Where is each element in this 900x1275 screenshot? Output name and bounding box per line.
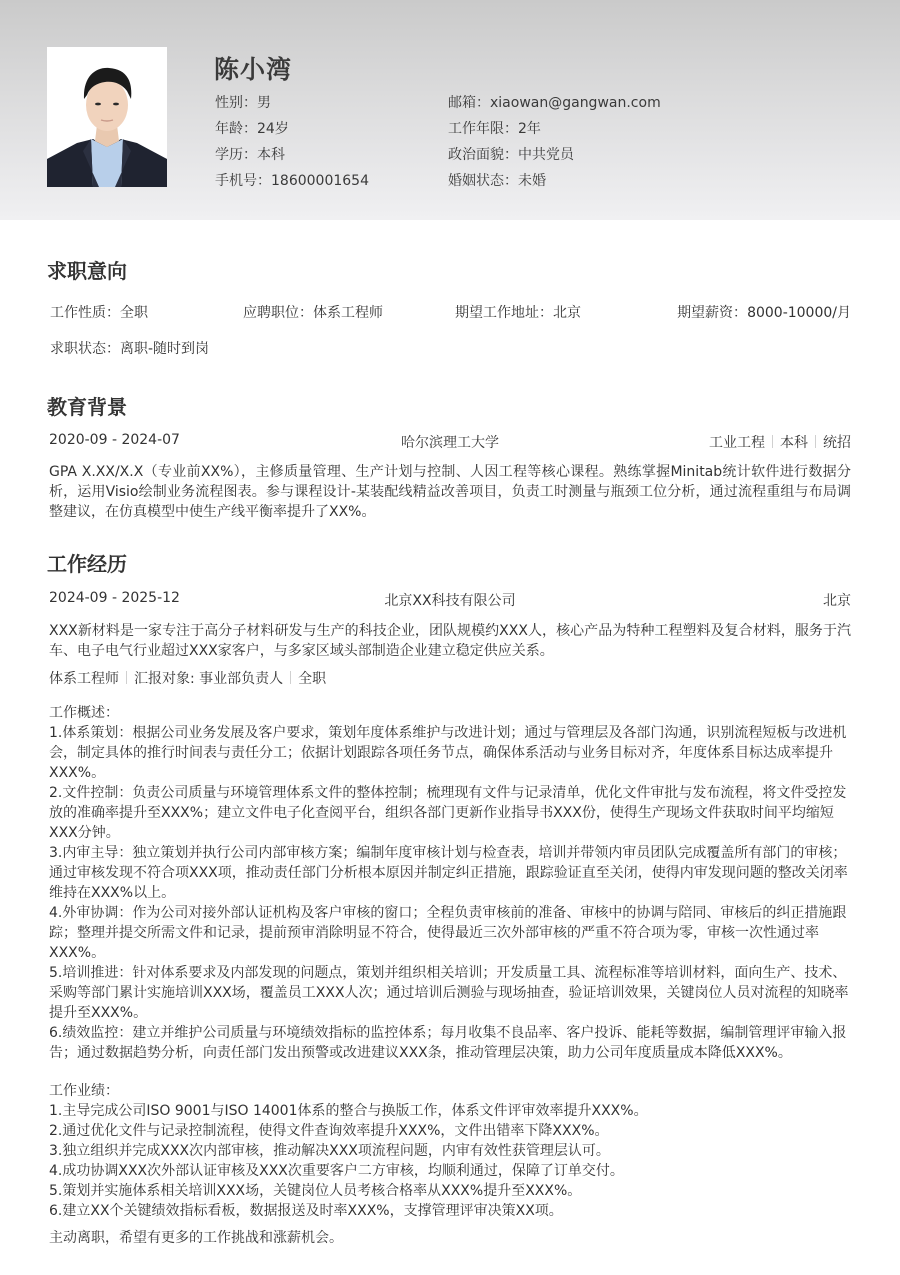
education-degree: 本科: [780, 435, 808, 451]
company-description: XXX新材料是一家专注于高分子材料研发与生产的科技企业，团队规模约XXX人，核心…: [49, 621, 851, 661]
overview-line: 3.内审主导：独立策划并执行公司内部审核方案；编制年度审核计划与检查表，培训并带…: [49, 843, 851, 863]
intent-status: 求职状态：离职-随时到岗: [50, 338, 209, 358]
achievement-item: 6.建立XX个关键绩效指标看板，数据报送及时率XXX%，支撑管理评审决策XX项。: [49, 1201, 851, 1221]
overview-line: 放的准确率提升至XXX%；建立文件电子化查阅平台，组织各部门更新作业指导书XXX…: [49, 803, 851, 823]
info-label: 手机号：: [215, 173, 271, 189]
info-label: 婚姻状态：: [448, 173, 518, 189]
overview-line: 会，制定具体的推行时间表与责任分工；依据计划跟踪各项任务节点，确保体系活动与业务…: [49, 743, 851, 763]
overview-line: 6.绩效监控：建立并维护公司质量与环境绩效指标的监控体系；每月收集不良品率、客户…: [49, 1023, 851, 1043]
info-value: 本科: [257, 147, 285, 163]
intent-value: 北京: [553, 305, 581, 321]
job-intent-row-1: 工作性质：全职 应聘职位：体系工程师 期望工作地址：北京 期望薪资：8000-1…: [50, 302, 851, 322]
overview-line: 2.文件控制：负责公司质量与环境管理体系文件的整体控制；梳理现有文件与记录清单，…: [49, 783, 851, 803]
job-intent-row-2: 求职状态：离职-随时到岗: [50, 338, 851, 358]
achievement-item: 1.主导完成公司ISO 9001与ISO 14001体系的整合与换版工作，体系文…: [49, 1101, 851, 1121]
intent-value: 体系工程师: [313, 305, 383, 321]
overview-title: 工作概述：: [49, 703, 851, 723]
achievement-item: 4.成功协调XXX次外部认证审核及XXX次重要客户二方审核，均顺利通过，保障了订…: [49, 1161, 851, 1181]
section-title-work: 工作经历: [47, 548, 127, 577]
intent-salary: 期望薪资：8000-10000/月: [677, 302, 851, 322]
overview-line: XXX分钟。: [49, 823, 851, 843]
intent-value: 离职-随时到岗: [120, 341, 209, 357]
info-value: 2年: [518, 121, 541, 137]
section-title-education: 教育背景: [47, 391, 127, 420]
achievement-item: 2.通过优化文件与记录控制流程，使得文件查询效率提升XXX%，文件出错率下降XX…: [49, 1121, 851, 1141]
work-achievements: 工作业绩： 1.主导完成公司ISO 9001与ISO 14001体系的整合与换版…: [49, 1081, 851, 1221]
info-label: 政治面貌：: [448, 147, 518, 163]
work-location: 北京: [823, 590, 851, 610]
info-value: 中共党员: [518, 147, 574, 163]
info-age: 年龄：24岁: [215, 118, 369, 144]
intent-label: 应聘职位：: [243, 305, 313, 321]
info-email: 邮箱：xiaowan@gangwan.com: [448, 92, 661, 118]
achievements-title: 工作业绩：: [49, 1081, 851, 1101]
basic-info-left: 性别：男 年龄：24岁 学历：本科 手机号：18600001654: [215, 92, 369, 196]
divider: [772, 435, 773, 448]
overview-line: 踪；整理并提交所需文件和记录，提前预审消除明显不符合，使得最近三次外部审核的严重…: [49, 923, 851, 943]
resume-header: 陈小湾 性别：男 年龄：24岁 学历：本科 手机号：18600001654 邮箱…: [0, 0, 900, 220]
info-label: 邮箱：: [448, 95, 490, 111]
info-value: xiaowan@gangwan.com: [490, 95, 661, 111]
intent-label: 工作性质：: [50, 305, 120, 321]
work-company: 北京XX科技有限公司: [49, 590, 851, 610]
info-work-years: 工作年限：2年: [448, 118, 661, 144]
overview-line: 4.外审协调：作为公司对接外部认证机构及客户审核的窗口；全程负责审核前的准备、审…: [49, 903, 851, 923]
info-label: 工作年限：: [448, 121, 518, 137]
overview-line: XXX%。: [49, 763, 851, 783]
info-value: 男: [257, 95, 271, 111]
work-tags: 体系工程师汇报对象: 事业部负责人全职: [49, 668, 326, 688]
info-label: 性别：: [215, 95, 257, 111]
info-value: 18600001654: [271, 173, 369, 189]
intent-label: 期望工作地址：: [455, 305, 553, 321]
info-education: 学历：本科: [215, 144, 369, 170]
overview-line: 提升至XXX%。: [49, 1003, 851, 1023]
overview-line: 1.体系策划：根据公司业务发展及客户要求，策划年度体系维护与改进计划；通过与管理…: [49, 723, 851, 743]
info-value: 未婚: [518, 173, 546, 189]
work-overview: 工作概述： 1.体系策划：根据公司业务发展及客户要求，策划年度体系维护与改进计划…: [49, 703, 851, 1063]
work-report-to: 汇报对象: 事业部负责人: [134, 671, 283, 687]
education-header: 2020-09 - 2024-07 哈尔滨理工大学 工业工程本科统招: [49, 432, 851, 452]
overview-line: 采购等部门累计实施培训XXX场，覆盖员工XXX人次；通过培训后测验与现场抽查，验…: [49, 983, 851, 1003]
overview-line: XXX%。: [49, 943, 851, 963]
overview-line: 通过审核发现不符合项XXX项，推动责任部门分析根本原因并制定纠正措施，跟踪验证直…: [49, 863, 851, 883]
intent-value: 8000-10000/月: [747, 305, 851, 321]
overview-line: 告；通过数据趋势分析，向责任部门发出预警或改进建议XXX条，推动管理层决策，助力…: [49, 1043, 851, 1063]
education-meta: 工业工程本科统招: [709, 432, 851, 452]
intent-location: 期望工作地址：北京: [455, 302, 581, 322]
overview-line: 维持在XXX%以上。: [49, 883, 851, 903]
info-phone: 手机号：18600001654: [215, 170, 369, 196]
divider: [815, 435, 816, 448]
info-label: 年龄：: [215, 121, 257, 137]
candidate-name: 陈小湾: [214, 50, 292, 86]
intent-position: 应聘职位：体系工程师: [243, 302, 383, 322]
leave-reason: 主动离职，希望有更多的工作挑战和涨薪机会。: [49, 1228, 851, 1248]
work-position: 体系工程师: [49, 671, 119, 687]
info-value: 24岁: [257, 121, 289, 137]
intent-job-type: 工作性质：全职: [50, 302, 148, 322]
education-type: 统招: [823, 435, 851, 451]
info-gender: 性别：男: [215, 92, 369, 118]
education-major: 工业工程: [709, 435, 765, 451]
achievement-item: 5.策划并实施体系相关培训XXX场，关键岗位人员考核合格率从XXX%提升至XXX…: [49, 1181, 851, 1201]
intent-value: 全职: [120, 305, 148, 321]
divider: [290, 671, 291, 684]
intent-label: 求职状态：: [50, 341, 120, 357]
divider: [126, 671, 127, 684]
achievement-item: 3.独立组织并完成XXX次内部审核，推动解决XXX项流程问题，内审有效性获管理层…: [49, 1141, 851, 1161]
person-photo-icon: [47, 47, 167, 187]
info-political-status: 政治面貌：中共党员: [448, 144, 661, 170]
work-job-type: 全职: [298, 671, 326, 687]
profile-photo: [47, 47, 167, 187]
section-title-job-intent: 求职意向: [47, 255, 127, 284]
info-marital-status: 婚姻状态：未婚: [448, 170, 661, 196]
education-description: GPA X.XX/X.X（专业前XX%），主修质量管理、生产计划与控制、人因工程…: [49, 462, 851, 522]
work-header: 2024-09 - 2025-12 北京XX科技有限公司 北京: [49, 590, 851, 610]
basic-info-right: 邮箱：xiaowan@gangwan.com 工作年限：2年 政治面貌：中共党员…: [448, 92, 661, 196]
info-label: 学历：: [215, 147, 257, 163]
intent-label: 期望薪资：: [677, 305, 747, 321]
overview-line: 5.培训推进：针对体系要求及内部发现的问题点，策划并组织相关培训；开发质量工具、…: [49, 963, 851, 983]
